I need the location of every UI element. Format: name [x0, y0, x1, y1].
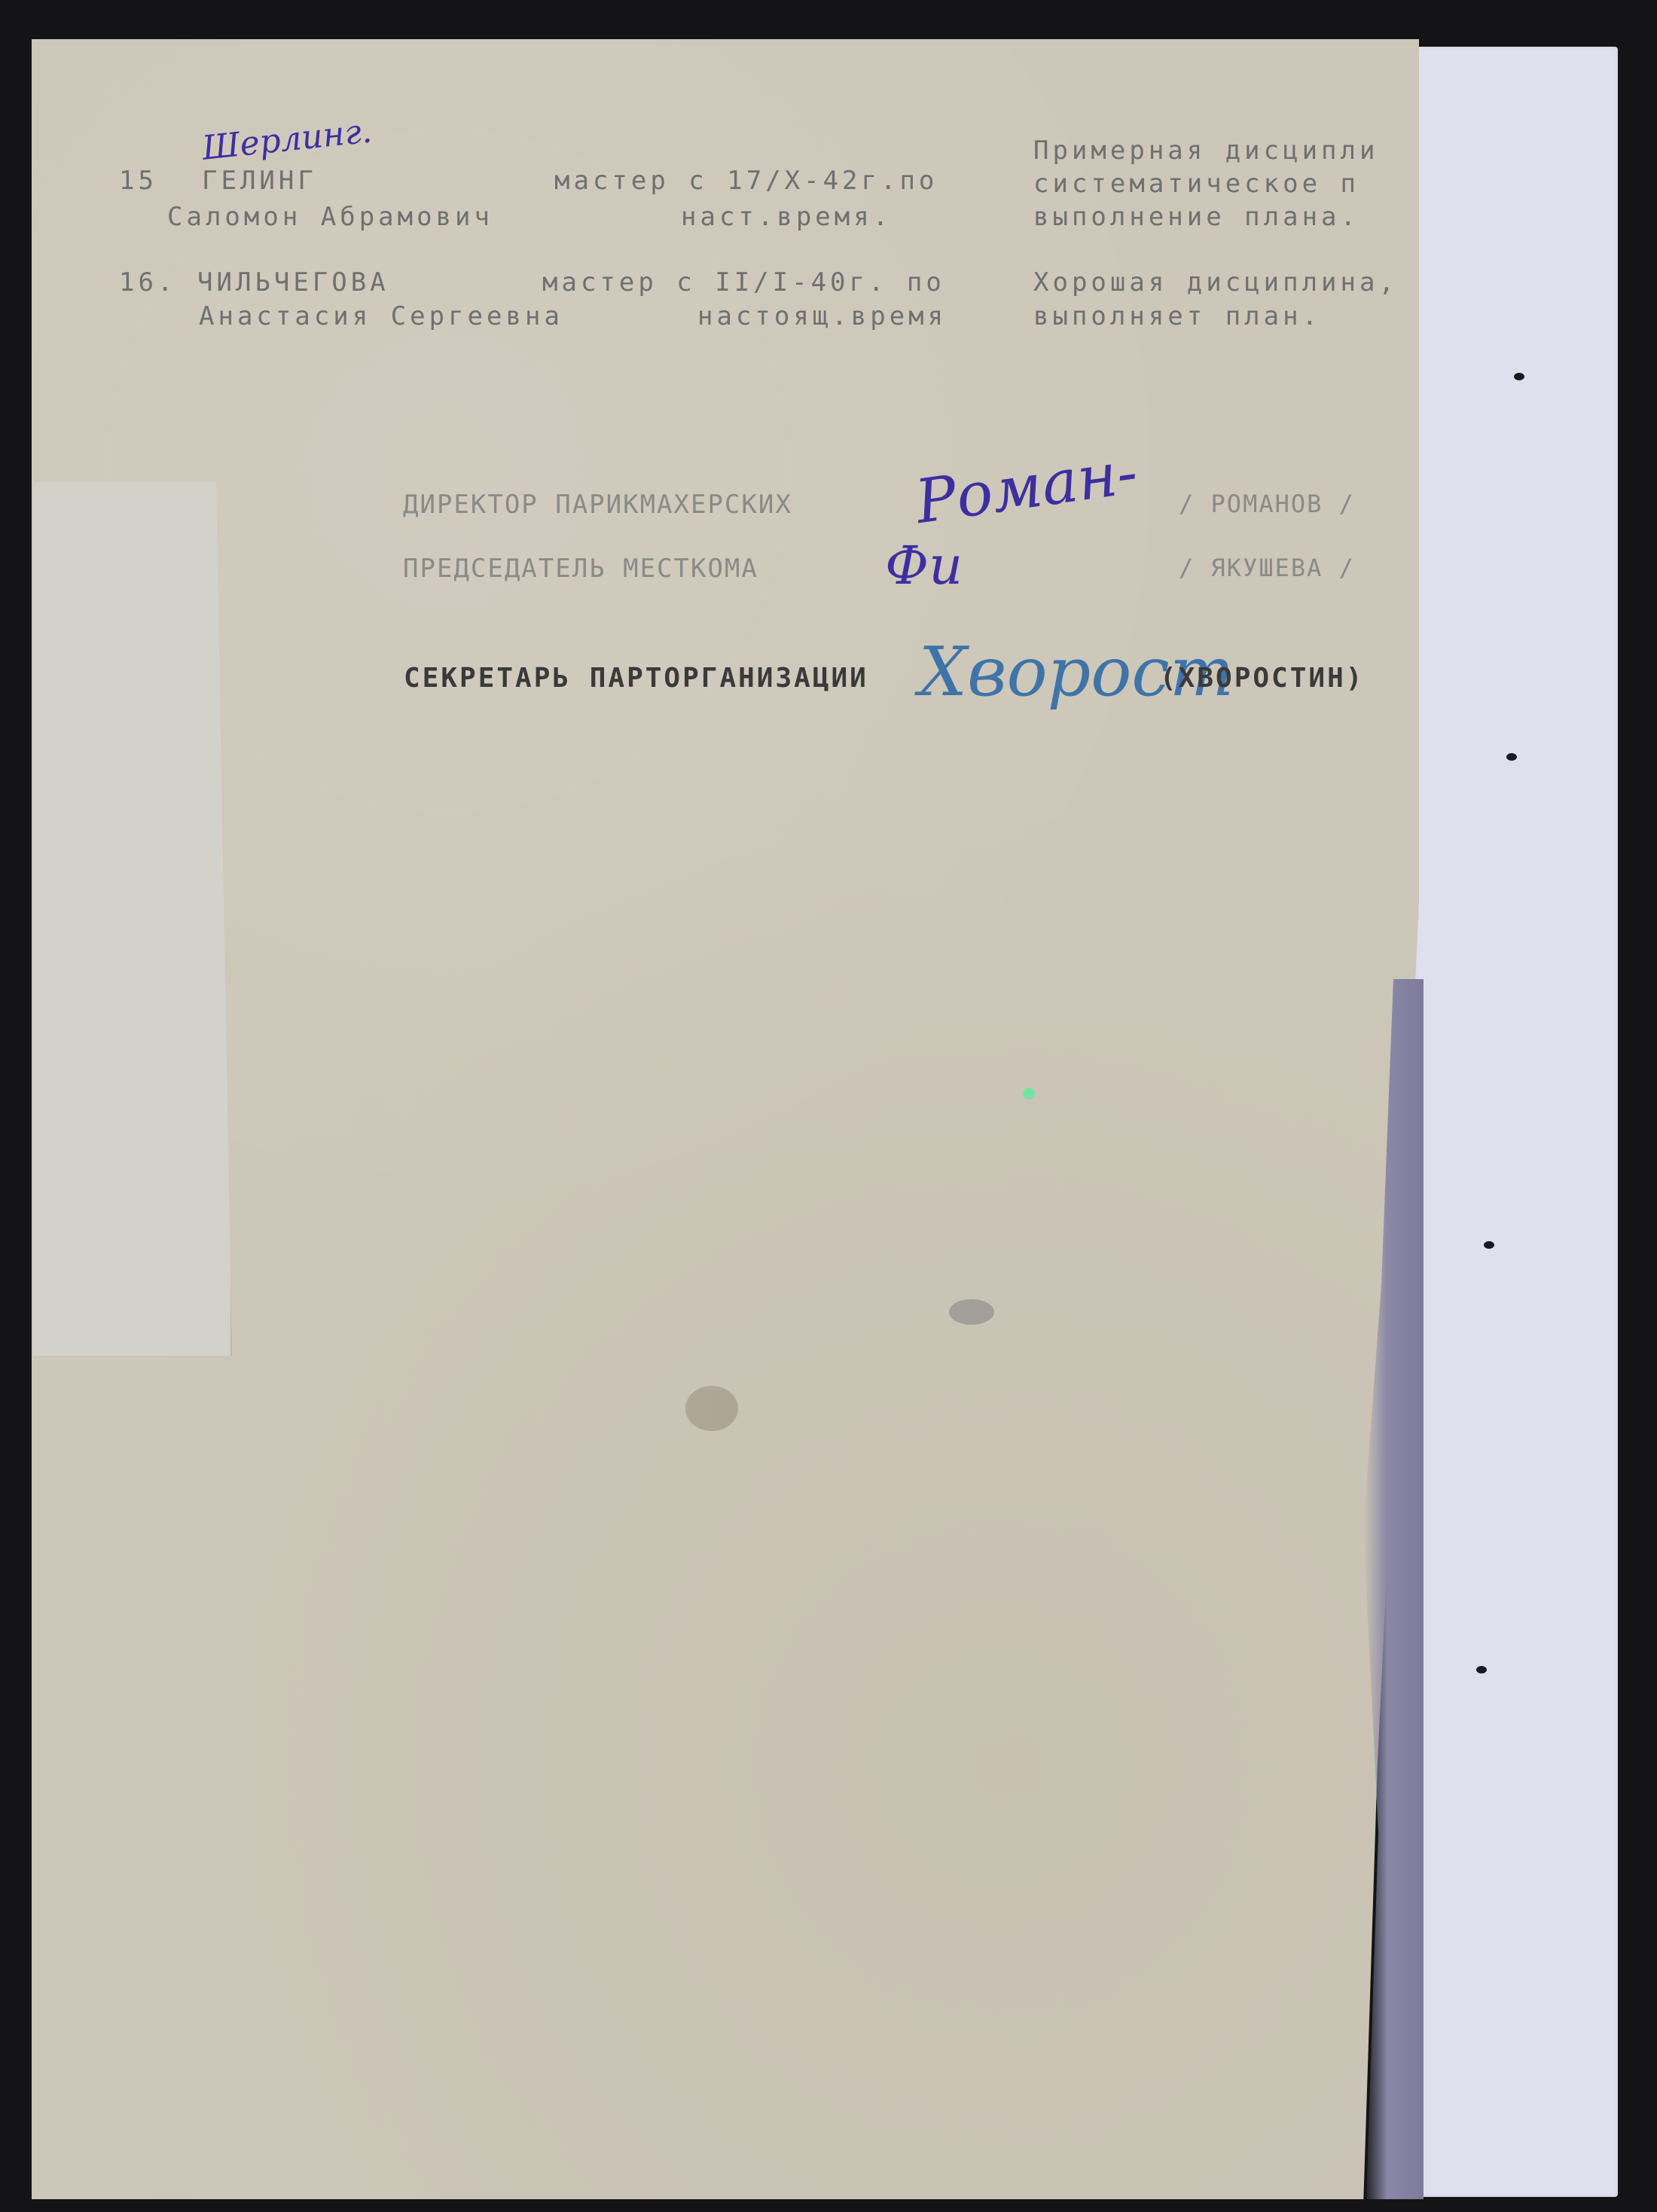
signatory-name-director: / РОМАНОВ /	[1179, 490, 1355, 518]
entry-given-names: Анастасия Сергеевна	[199, 301, 563, 331]
light-spot	[1023, 1088, 1035, 1100]
punch-hole	[1476, 1666, 1487, 1673]
punch-hole	[1514, 373, 1524, 380]
entry-surname: ГЕЛИНГ	[202, 166, 317, 196]
signatory-title-union-chair: ПРЕДСЕДАТЕЛЬ МЕСТКОМА	[403, 554, 758, 584]
entry-position-line2: настоящ.время	[697, 301, 947, 331]
signature-union-chair: Фи	[885, 535, 963, 596]
entry-number: 15	[119, 166, 157, 196]
entry-position-line2: наст.время.	[681, 202, 892, 232]
entry-number: 16.	[119, 267, 176, 297]
entry-assessment-line1: Примерная дисципли	[1033, 136, 1378, 166]
backing-paper-strip	[1414, 47, 1618, 2197]
entry-assessment-line2: выполняет план.	[1033, 301, 1321, 331]
entry-assessment-line3: выполнение плана.	[1033, 202, 1359, 232]
entry-assessment-line1: Хорошая дисциплина,	[1033, 267, 1398, 297]
stain	[685, 1386, 738, 1431]
ink-smudge	[949, 1299, 994, 1325]
signatory-name-party-secretary: (ХВОРОСТИН)	[1160, 663, 1364, 694]
signatory-title-party-secretary: СЕКРЕТАРЬ ПАРТОРГАНИЗАЦИИ	[404, 663, 868, 694]
entry-position-line1: мастер с 17/X-42г.по	[554, 166, 938, 196]
repair-patch	[33, 482, 232, 1356]
punch-hole	[1484, 1241, 1494, 1249]
entry-assessment-line2: систематическое п	[1033, 169, 1359, 199]
punch-hole	[1506, 753, 1517, 761]
entry-given-names: Саломон Абрамович	[167, 202, 493, 232]
document-page	[32, 39, 1419, 2199]
entry-position-line1: мастер с II/I-40г. по	[542, 267, 945, 297]
signatory-name-union-chair: / ЯКУШЕВА /	[1179, 554, 1355, 582]
signatory-title-director: ДИРЕКТОР ПАРИКМАХЕРСКИХ	[403, 490, 792, 520]
entry-surname: ЧИЛЬЧЕГОВА	[197, 267, 389, 297]
